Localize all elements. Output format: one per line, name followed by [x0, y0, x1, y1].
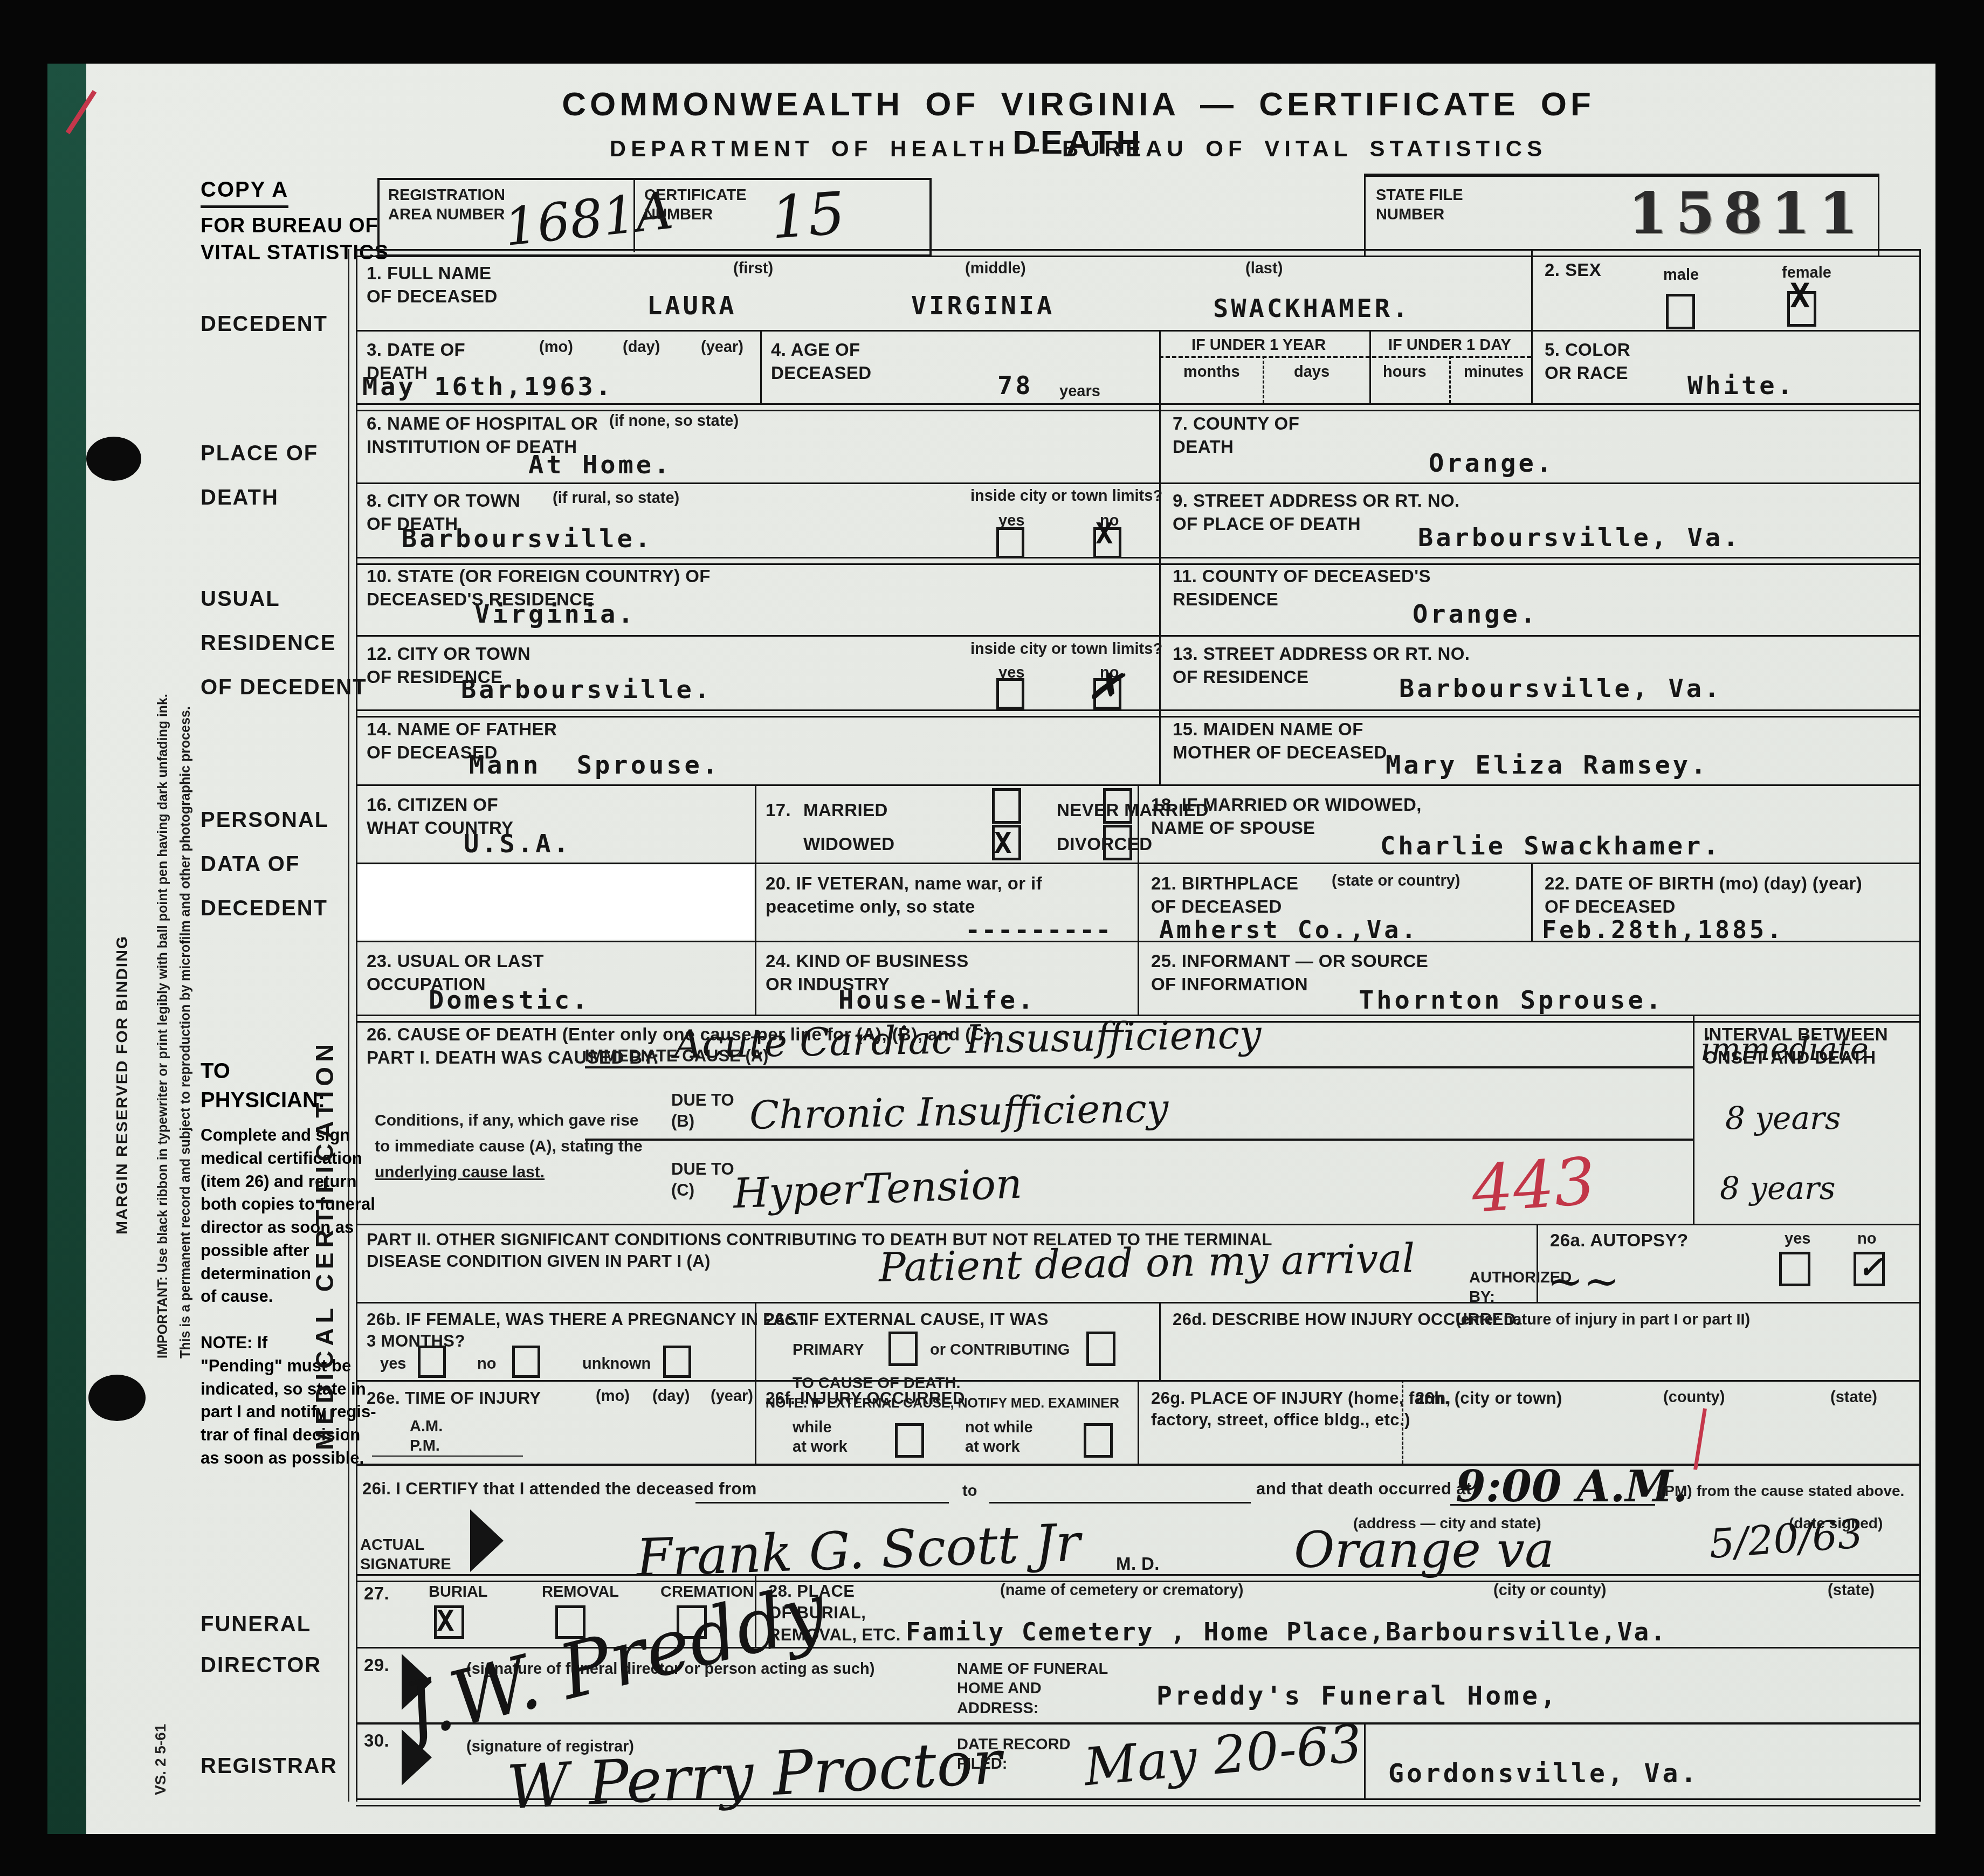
punch-hole-top [86, 437, 141, 481]
field-26e-label: 26e. TIME OF INJURY [367, 1388, 541, 1409]
registrar-city-value: Gordonsville, Va. [1388, 1758, 1699, 1789]
margin-important-text: IMPORTANT: Use black ribbon in typewrite… [155, 694, 171, 1358]
rule [1159, 403, 1161, 557]
primary-label: PRIMARY [793, 1340, 864, 1360]
field-2-male-label: male [1663, 265, 1699, 285]
field-26g-label: 26g. PLACE OF INJURY (home, farm, factor… [1151, 1388, 1451, 1431]
while-at-work-label: while at work [793, 1418, 848, 1457]
field-1-last-note: (last) [1245, 259, 1283, 278]
rule [760, 330, 762, 403]
field-1-value-middle: VIRGINIA [911, 291, 1055, 321]
cause-b-underline [585, 1139, 1693, 1141]
due-to-b-label: DUE TO (B) [671, 1090, 734, 1132]
certificate-number-value: 15 [769, 180, 848, 252]
time-underline [1450, 1504, 1655, 1506]
field-1-label: 1. FULL NAME OF DECEASED [367, 262, 498, 308]
field-13-value: Barboursville, Va. [1399, 674, 1722, 703]
to-blank-line [989, 1502, 1251, 1503]
margin-binding-text: MARGIN RESERVED FOR BINDING [113, 935, 132, 1234]
section-label-usual-residence: USUAL RESIDENCE OF DECEDENT [201, 577, 367, 709]
days-label: days [1294, 362, 1329, 382]
married-checkbox [992, 788, 1021, 824]
field-20-label: 20. IF VETERAN, name war, or if peacetim… [766, 872, 1042, 919]
signature-arrow-icon [470, 1509, 504, 1572]
field-4-label: 4. AGE OF DECEASED [771, 339, 872, 385]
field-30-number: 30. [364, 1729, 389, 1753]
field-8-note: (if rural, so state) [553, 488, 679, 508]
rule [356, 1224, 1920, 1225]
field-26i-and: and that death occurred at [1256, 1478, 1472, 1500]
state-note: (state) [1830, 1388, 1877, 1407]
field-6-note: (if none, so state) [609, 411, 739, 431]
injury-year-note: (year) [711, 1387, 753, 1406]
city-county-note: (city or county) [1493, 1581, 1606, 1600]
field-26d-note: (enter nature of injury in part I or par… [1456, 1310, 1750, 1329]
contributing-checkbox [1086, 1332, 1115, 1366]
rule [356, 557, 1920, 565]
field-3-year-note: (year) [701, 337, 743, 357]
form-code: VS. 2 5-61 [152, 1724, 169, 1795]
cause-a-interval: immediate [1701, 1031, 1869, 1067]
field-23-value: Domestic. [429, 985, 590, 1015]
field-24-value: House-Wife. [838, 985, 1036, 1015]
funeral-home-value: Preddy's Funeral Home, [1156, 1681, 1559, 1711]
scanned-death-certificate: COMMONWEALTH OF VIRGINIA — CERTIFICATE O… [0, 0, 1984, 1876]
field-18-value: Charlie Swackhamer. [1380, 831, 1721, 861]
rule [755, 1380, 756, 1464]
field-21-label: 21. BIRTHPLACE OF DECEASED [1151, 872, 1298, 919]
autopsy-yes-label: yes [1785, 1229, 1810, 1249]
field-1-first-note: (first) [733, 259, 773, 278]
rule [356, 330, 1920, 332]
rule [1138, 1380, 1139, 1464]
field-8-yes-checkbox [996, 527, 1024, 558]
field-17-number: 17. [766, 799, 791, 822]
field-26f-label: 26f. INJURY OCCURRED [766, 1388, 965, 1409]
to-physician-title: TO PHYSICIAN: [201, 1057, 325, 1115]
rule [356, 403, 1920, 411]
never-married-checkbox [1103, 788, 1132, 824]
rule [1531, 249, 1533, 330]
green-binding-strip [47, 64, 86, 1834]
field-3-mo-note: (mo) [539, 337, 573, 357]
county-note: (county) [1663, 1388, 1725, 1407]
rule [1364, 1722, 1366, 1798]
field-7-label: 7. COUNTY OF DEATH [1173, 412, 1299, 459]
pm-note: (PM) from the cause stated above. [1659, 1481, 1904, 1500]
state-file-number-label: STATE FILE NUMBER [1376, 185, 1463, 225]
pregnancy-no-checkbox [512, 1346, 540, 1378]
under-1-day-label: IF UNDER 1 DAY [1388, 335, 1511, 355]
cause-c-code-red: 443 [1469, 1144, 1597, 1227]
rule [755, 863, 756, 941]
field-26a-label: 26a. AUTOPSY? [1550, 1229, 1688, 1252]
section-label-decedent: DECEDENT [201, 302, 328, 346]
cemetery-note: (name of cemetery or crematory) [1000, 1581, 1243, 1600]
field-12-no-mark: ✗ [1086, 661, 1125, 711]
field-1-middle-note: (middle) [965, 259, 1026, 278]
autopsy-yes-checkbox [1779, 1252, 1810, 1286]
field-5-label: 5. COLOR OR RACE [1545, 339, 1630, 385]
autopsy-no-mark: ✓ [1858, 1250, 1883, 1285]
medical-certification-vertical-label: MEDICAL CERTIFICATION [310, 1039, 339, 1450]
field-10-value: Virginia. [474, 599, 636, 629]
field-8-value: Barboursville. [402, 524, 653, 554]
injury-day-note: (day) [652, 1387, 690, 1406]
registrar-arrow-icon [402, 1729, 432, 1785]
burial-label: BURIAL [429, 1582, 488, 1602]
field-26c-label: 26c. IF EXTERNAL CAUSE, IT WAS [766, 1309, 1049, 1330]
under-1-year-label: IF UNDER 1 YEAR [1191, 335, 1326, 355]
certificate-subtitle: DEPARTMENT OF HEALTH – BUREAU OF VITAL S… [593, 136, 1563, 162]
rule [1159, 1302, 1161, 1380]
redaction-box [357, 865, 754, 940]
rule [1531, 330, 1533, 403]
pending-note: NOTE: If "Pending" must be indicated, so… [201, 1332, 376, 1470]
address-value: Orange va [1294, 1521, 1554, 1579]
burial-checkbox-mark: X [437, 1604, 454, 1638]
field-15-label: 15. MAIDEN NAME OF MOTHER OF DECEASED [1173, 718, 1387, 764]
rule [356, 1302, 1920, 1303]
widowed-checkbox-mark: X [994, 826, 1012, 860]
due-to-c-label: DUE TO (C) [671, 1159, 734, 1201]
cause-b-interval: 8 years [1725, 1100, 1841, 1136]
divorced-checkbox [1103, 825, 1132, 860]
primary-checkbox [888, 1332, 918, 1366]
minutes-label: minutes [1464, 362, 1524, 382]
field-9-value: Barboursville, Va. [1418, 523, 1741, 553]
field-5-value: White. [1687, 371, 1795, 401]
field-4-value: 78 [997, 371, 1034, 401]
rule [356, 1722, 1920, 1725]
rule [1449, 356, 1451, 403]
field-15-value: Mary Eliza Ramsey. [1386, 750, 1709, 780]
widowed-label: WIDOWED [803, 833, 895, 856]
rule [1531, 863, 1533, 941]
certificate-number-label: CERTIFICATE NUMBER [644, 185, 747, 225]
removal-label: REMOVAL [542, 1582, 619, 1602]
actual-signature-label: ACTUAL SIGNATURE [360, 1535, 451, 1575]
pregnancy-no-label: no [477, 1354, 496, 1374]
state-file-number-stamp: 15811 [1628, 180, 1866, 246]
not-while-at-work-checkbox [1084, 1423, 1113, 1458]
field-26i-certify: 26i. I CERTIFY that I attended the decea… [362, 1478, 757, 1500]
rule [1159, 356, 1531, 358]
conditions-line3: underlying cause last. [375, 1162, 545, 1183]
field-12-limits-label: inside city or town limits? [970, 639, 1162, 659]
rule [1159, 330, 1161, 403]
pregnancy-unknown-label: unknown [582, 1354, 651, 1374]
section-label-personal-data: PERSONAL DATA OF DECEDENT [201, 798, 329, 930]
registration-area-number-label: REGISTRATION AREA NUMBER [388, 185, 505, 225]
copy-a-label: COPY A [201, 178, 288, 208]
pregnancy-unknown-checkbox [663, 1346, 691, 1378]
rule [755, 941, 756, 1015]
female-checkbox-mark: X [1790, 276, 1810, 315]
field-22-value: Feb.28th,1885. [1542, 915, 1784, 944]
copy-a-line2: FOR BUREAU OF [201, 215, 378, 238]
rule [1263, 356, 1264, 403]
field-6-value: At Home. [528, 450, 672, 480]
field-29-number: 29. [364, 1654, 389, 1677]
autopsy-no-label: no [1857, 1229, 1876, 1249]
rule [356, 249, 1920, 257]
field-8-no-mark: X [1096, 516, 1113, 550]
rule [1159, 709, 1161, 784]
field-9-label: 9. STREET ADDRESS OR RT. NO. OF PLACE OF… [1173, 489, 1460, 536]
field-14-value: Mann Sprouse. [469, 750, 720, 780]
field-26h-label: 26h. (city or town) [1415, 1388, 1562, 1409]
while-at-work-checkbox [895, 1423, 924, 1458]
hours-label: hours [1383, 362, 1427, 382]
field-11-value: Orange. [1413, 599, 1538, 629]
field-3-day-note: (day) [623, 337, 660, 357]
married-label: MARRIED [803, 799, 888, 822]
punch-hole-bottom [88, 1375, 146, 1421]
field-20-value: --------- [965, 915, 1112, 945]
rule [356, 249, 357, 1802]
section-label-place-of-death: PLACE OF DEATH [201, 431, 318, 520]
contributing-label: or CONTRIBUTING [930, 1340, 1070, 1360]
rule [755, 784, 756, 863]
field-21-note: (state or country) [1332, 871, 1460, 891]
am-pm-label: A.M. P.M. [410, 1417, 443, 1456]
section-label-funeral-director: FUNERAL DIRECTOR [201, 1604, 321, 1686]
field-4-years-note: years [1059, 382, 1100, 401]
cause-b-value: Chronic Insufficiency [749, 1085, 1169, 1138]
section-label-registrar: REGISTRAR [201, 1744, 337, 1788]
field-21-value: Amherst Co.,Va. [1159, 915, 1418, 944]
pregnancy-yes-checkbox [418, 1346, 446, 1378]
rule [1919, 249, 1921, 1802]
rule [356, 709, 1920, 718]
field-7-value: Orange. [1429, 449, 1554, 478]
md-label: M. D. [1116, 1553, 1160, 1576]
not-while-at-work-label: not while at work [965, 1418, 1033, 1457]
field-1-value-last: SWACKHAMER. [1213, 294, 1410, 323]
injury-mo-note: (mo) [596, 1387, 630, 1406]
field-12-value: Barboursville. [461, 675, 712, 705]
date-record-filed-label: DATE RECORD FILED: [957, 1735, 1071, 1774]
pregnancy-yes-label: yes [380, 1354, 406, 1374]
rule [1159, 557, 1161, 709]
from-blank-line [695, 1502, 949, 1503]
time-blank-line [372, 1456, 523, 1457]
cause-c-interval: 8 years [1720, 1170, 1836, 1206]
part2-value: Patient dead on my arrival [878, 1235, 1415, 1291]
field-11-label: 11. COUNTY OF DECEASED'S RESIDENCE [1173, 565, 1431, 611]
field-28-value: Family Cemetery , Home Place,Barboursvil… [906, 1617, 1667, 1646]
rule [1138, 863, 1139, 941]
conditions-line1: Conditions, if any, which gave rise [375, 1111, 639, 1131]
funeral-home-label: NAME OF FUNERAL HOME AND ADDRESS: [957, 1659, 1108, 1718]
conditions-line2: to immediate cause (A), stating the [375, 1136, 643, 1157]
field-16-value: U.S.A. [464, 829, 571, 859]
field-25-value: Thornton Sprouse. [1359, 985, 1664, 1015]
rule [1693, 1015, 1694, 1224]
state-note-28: (state) [1828, 1581, 1875, 1600]
field-26i-to: to [962, 1481, 977, 1501]
rule [1138, 941, 1139, 1015]
male-checkbox [1666, 294, 1695, 329]
cause-c-value: HyperTension [733, 1160, 1023, 1218]
field-2-label: 2. SEX [1545, 259, 1601, 282]
rule [356, 482, 1920, 484]
field-27-number: 27. [364, 1582, 389, 1605]
field-12-yes-checkbox [996, 678, 1024, 709]
field-8-limits-label: inside city or town limits? [970, 486, 1162, 506]
rule [356, 635, 1920, 637]
field-22-label: 22. DATE OF BIRTH (mo) (day) (year) OF D… [1545, 872, 1862, 919]
rule [1369, 330, 1371, 403]
months-label: months [1183, 362, 1240, 382]
authorized-by-scribble: ~~ [1547, 1256, 1620, 1306]
field-1-value-first: LAURA [647, 291, 736, 321]
field-3-value: May 16th,1963. [362, 372, 614, 402]
rule [348, 249, 349, 1802]
margin-permanent-text: This is a permanent record and subject t… [178, 706, 194, 1358]
